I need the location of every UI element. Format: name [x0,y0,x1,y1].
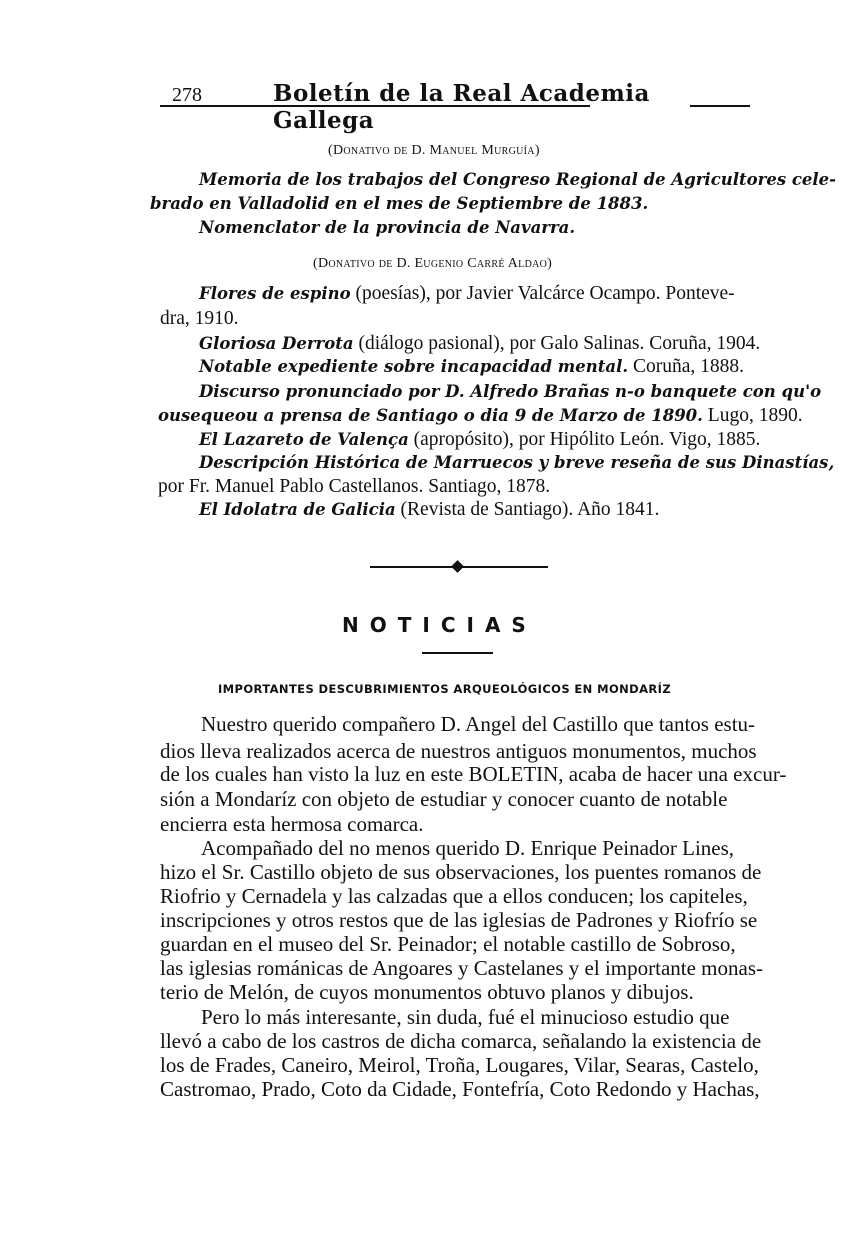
header-rule [160,105,590,107]
body-line: guardan en el museo del Sr. Peinador; el… [160,932,736,957]
donation-entry: Flores de espino (poesías), por Javier V… [199,283,735,305]
body-line: hizo el Sr. Castillo objeto de sus obser… [160,860,761,885]
donation-label: (Donativo de D. Manuel Murguía) [328,143,540,159]
body-line: Pero lo más interesante, sin duda, fué e… [201,1005,729,1030]
running-title: Boletín de la Real Academia Gallega [273,80,750,134]
entry-detail: (poesías), por Javier Valcárce Ocampo. P… [351,283,735,304]
body-line: encierra esta hermosa comarca. [160,812,424,837]
donation-entry: por Fr. Manuel Pablo Castellanos. Santia… [158,476,550,498]
diamond-ornament-icon [451,560,464,573]
donation-label: (Donativo de D. Eugenio Carré Aldao) [313,256,552,272]
header-rule-right [690,105,750,107]
entry-detail: Coruña, 1888. [628,356,744,377]
donation-entry: Notable expediente sobre incapacidad men… [199,356,744,378]
body-line: Acompañado del no menos querido D. Enriq… [201,836,734,861]
article-title: IMPORTANTES DESCUBRIMIENTOS ARQUEOLÓGICO… [218,682,671,696]
entry-title: ousequeou a prensa de Santiago o dia 9 d… [158,406,703,425]
section-rule [422,652,493,654]
body-line: de los cuales han visto la luz en este B… [160,762,786,787]
entry-detail: Lugo, 1890. [703,405,803,426]
donation-entry: Discurso pronunciado por D. Alfredo Brañ… [199,381,821,403]
body-line: llevó a cabo de los castros de dicha com… [160,1029,761,1054]
body-line: Riofrio y Cernadela y las calzadas que a… [160,884,748,909]
entry-detail: dra, 1910. [160,308,239,329]
donation-entry: Memoria de los trabajos del Congreso Reg… [199,170,836,189]
entry-title: Discurso pronunciado por D. Alfredo Brañ… [199,382,821,401]
section-title: NOTICIAS [342,613,537,637]
entry-title: Descripción Histórica de Marruecos y bre… [199,453,834,472]
entry-title: Notable expediente sobre incapacidad men… [199,357,628,376]
entry-detail: (diálogo pasional), por Galo Salinas. Co… [354,333,761,354]
running-header: 278 Boletín de la Real Academia Gallega [145,78,750,108]
body-line: Nuestro querido compañero D. Angel del C… [201,712,755,737]
donation-entry: Nomenclator de la provincia de Navarra. [199,218,575,237]
body-line: terio de Melón, de cuyos monumentos obtu… [160,980,694,1005]
entry-detail: (apropósito), por Hipólito León. Vigo, 1… [409,429,761,450]
body-line: Castromao, Prado, Coto da Cidade, Fontef… [160,1077,760,1102]
document-page: 278 Boletín de la Real Academia Gallega … [0,0,850,1247]
entry-title: El Idolatra de Galicia [199,500,396,519]
body-line: dios lleva realizados acerca de nuestros… [160,739,757,764]
entry-detail: (Revista de Santiago). Año 1841. [396,499,660,520]
donation-entry: ousequeou a prensa de Santiago o dia 9 d… [158,405,803,427]
entry-title: El Lazareto de Valença [199,430,409,449]
donation-entry: brado en Valladolid en el mes de Septiem… [150,194,648,213]
donation-entry: El Idolatra de Galicia (Revista de Santi… [199,499,659,521]
body-line: inscripciones y otros restos que de las … [160,908,757,933]
entry-title: Flores de espino [199,284,351,303]
entry-title: Gloriosa Derrota [199,334,354,353]
body-line: los de Frades, Caneiro, Meirol, Troña, L… [160,1053,759,1078]
body-line: las iglesias románicas de Angoares y Cas… [160,956,763,981]
donation-entry: Descripción Histórica de Marruecos y bre… [199,452,834,474]
page-number: 278 [172,84,202,107]
donation-entry: dra, 1910. [160,308,239,330]
donation-entry: El Lazareto de Valença (apropósito), por… [199,429,760,451]
body-line: sión a Mondaríz con objeto de estudiar y… [160,787,727,812]
entry-detail: por Fr. Manuel Pablo Castellanos. Santia… [158,476,550,497]
donation-entry: Gloriosa Derrota (diálogo pasional), por… [199,333,760,355]
